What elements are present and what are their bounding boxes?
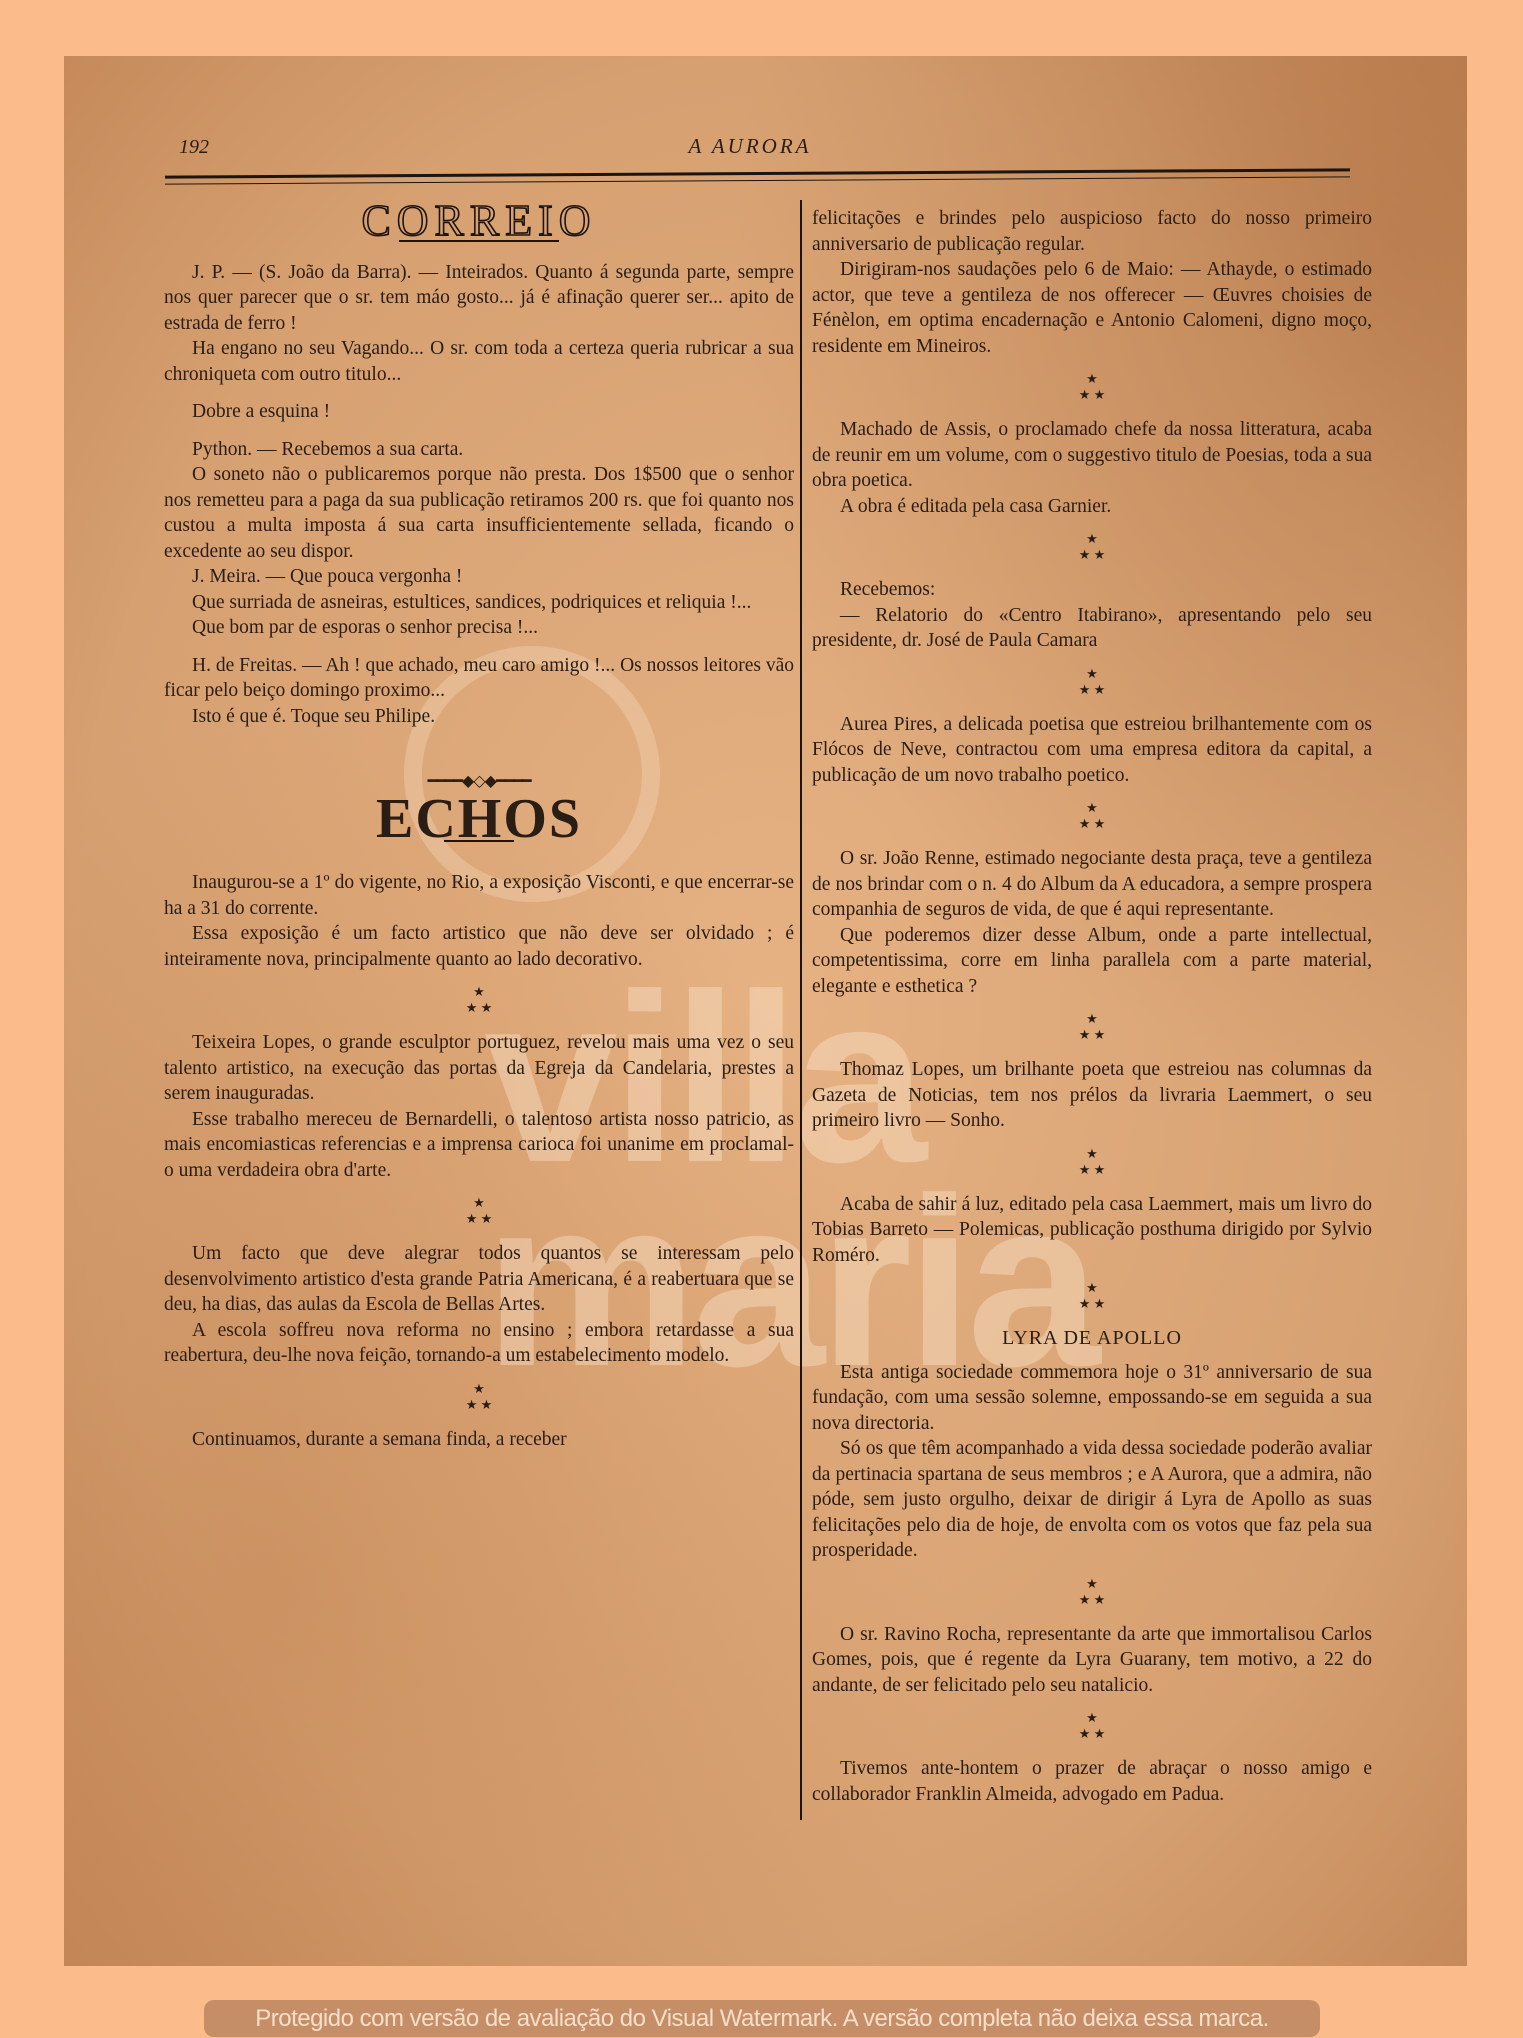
article-paragraph: Inaugurou-se a 1º do vigente, no Rio, a … xyxy=(164,870,794,921)
section-title-correio: CORREIO xyxy=(164,208,794,234)
article-paragraph: Machado de Assis, o proclamado chefe da … xyxy=(812,417,1372,494)
article-paragraph: Um facto que deve alegrar todos quantos … xyxy=(164,1241,794,1318)
article-paragraph: A obra é editada pela casa Garnier. xyxy=(812,494,1372,520)
asterism-separator: ★★ ★ xyxy=(812,1011,1372,1043)
article-paragraph: Que bom par de esporas o senhor precisa … xyxy=(164,615,794,641)
running-header: 192 A AURORA xyxy=(165,132,1335,162)
subsection-title: LYRA DE APOLLO xyxy=(812,1326,1372,1352)
article-paragraph: Teixeira Lopes, o grande esculptor portu… xyxy=(164,1030,794,1107)
article-paragraph: felicitações e brindes pelo auspicioso f… xyxy=(812,206,1372,257)
article-paragraph: Que surriada de asneiras, estultices, sa… xyxy=(164,590,794,616)
echos-body: Inaugurou-se a 1º do vigente, no Rio, a … xyxy=(164,870,794,1452)
article-paragraph: Continuamos, durante a semana finda, a r… xyxy=(164,1427,794,1453)
article-paragraph: Tivemos ante-hontem o prazer de abraçar … xyxy=(812,1756,1372,1807)
asterism-separator: ★★ ★ xyxy=(812,666,1372,698)
article-paragraph: J. P. — (S. João da Barra). — Inteirados… xyxy=(164,260,794,337)
article-paragraph: Acaba de sahir á luz, editado pela casa … xyxy=(812,1192,1372,1269)
watermark-notice: Protegido com versão de avaliação do Vis… xyxy=(204,2000,1320,2037)
asterism-separator: ★★ ★ xyxy=(812,1576,1372,1608)
article-paragraph: Só os que têm acompanhado a vida dessa s… xyxy=(812,1436,1372,1564)
article-paragraph: Essa exposição é um facto artistico que … xyxy=(164,921,794,972)
column-divider xyxy=(800,200,802,1820)
article-paragraph: Dobre a esquina ! xyxy=(164,399,794,425)
asterism-separator: ★★ ★ xyxy=(812,371,1372,403)
asterism-separator: ★★ ★ xyxy=(812,1146,1372,1178)
left-column: CORREIO J. P. — (S. João da Barra). — In… xyxy=(164,200,794,1452)
article-paragraph: J. Meira. — Que pouca vergonha ! xyxy=(164,564,794,590)
article-paragraph: Esta antiga sociedade commemora hoje o 3… xyxy=(812,1360,1372,1437)
article-paragraph: — Relatorio do «Centro Itabirano», apres… xyxy=(812,603,1372,654)
article-paragraph: A escola soffreu nova reforma no ensino … xyxy=(164,1318,794,1369)
article-paragraph: Isto é que é. Toque seu Philipe. xyxy=(164,704,794,730)
article-paragraph: Que poderemos dizer desse Album, onde a … xyxy=(812,923,1372,1000)
asterism-separator: ★★ ★ xyxy=(164,984,794,1016)
asterism-separator: ★★ ★ xyxy=(812,1280,1372,1312)
right-column-body: felicitações e brindes pelo auspicioso f… xyxy=(812,206,1372,1807)
article-paragraph: Ha engano no seu Vagando... O sr. com to… xyxy=(164,336,794,387)
correio-body: J. P. — (S. João da Barra). — Inteirados… xyxy=(164,260,794,730)
article-paragraph: Aurea Pires, a delicada poetisa que estr… xyxy=(812,712,1372,789)
journal-title: A AURORA xyxy=(165,134,1335,159)
section-title-echos: ECHOS xyxy=(164,807,794,833)
article-paragraph: Python. — Recebemos a sua carta. xyxy=(164,437,794,463)
asterism-separator: ★★ ★ xyxy=(812,531,1372,563)
article-paragraph: Recebemos: xyxy=(812,577,1372,603)
asterism-separator: ★★ ★ xyxy=(812,800,1372,832)
article-paragraph: O sr. Ravino Rocha, representante da art… xyxy=(812,1622,1372,1699)
article-paragraph: Dirigiram-nos saudações pelo 6 de Maio: … xyxy=(812,257,1372,359)
article-paragraph: Thomaz Lopes, um brilhante poeta que est… xyxy=(812,1057,1372,1134)
article-paragraph: Esse trabalho mereceu de Bernardelli, o … xyxy=(164,1107,794,1184)
asterism-separator: ★★ ★ xyxy=(164,1381,794,1413)
article-paragraph: H. de Freitas. — Ah ! que achado, meu ca… xyxy=(164,653,794,704)
article-paragraph: O soneto não o publicaremos porque não p… xyxy=(164,462,794,564)
right-column: felicitações e brindes pelo auspicioso f… xyxy=(812,206,1372,1807)
asterism-separator: ★★ ★ xyxy=(812,1710,1372,1742)
asterism-separator: ★★ ★ xyxy=(164,1195,794,1227)
article-paragraph: O sr. João Renne, estimado negociante de… xyxy=(812,846,1372,923)
